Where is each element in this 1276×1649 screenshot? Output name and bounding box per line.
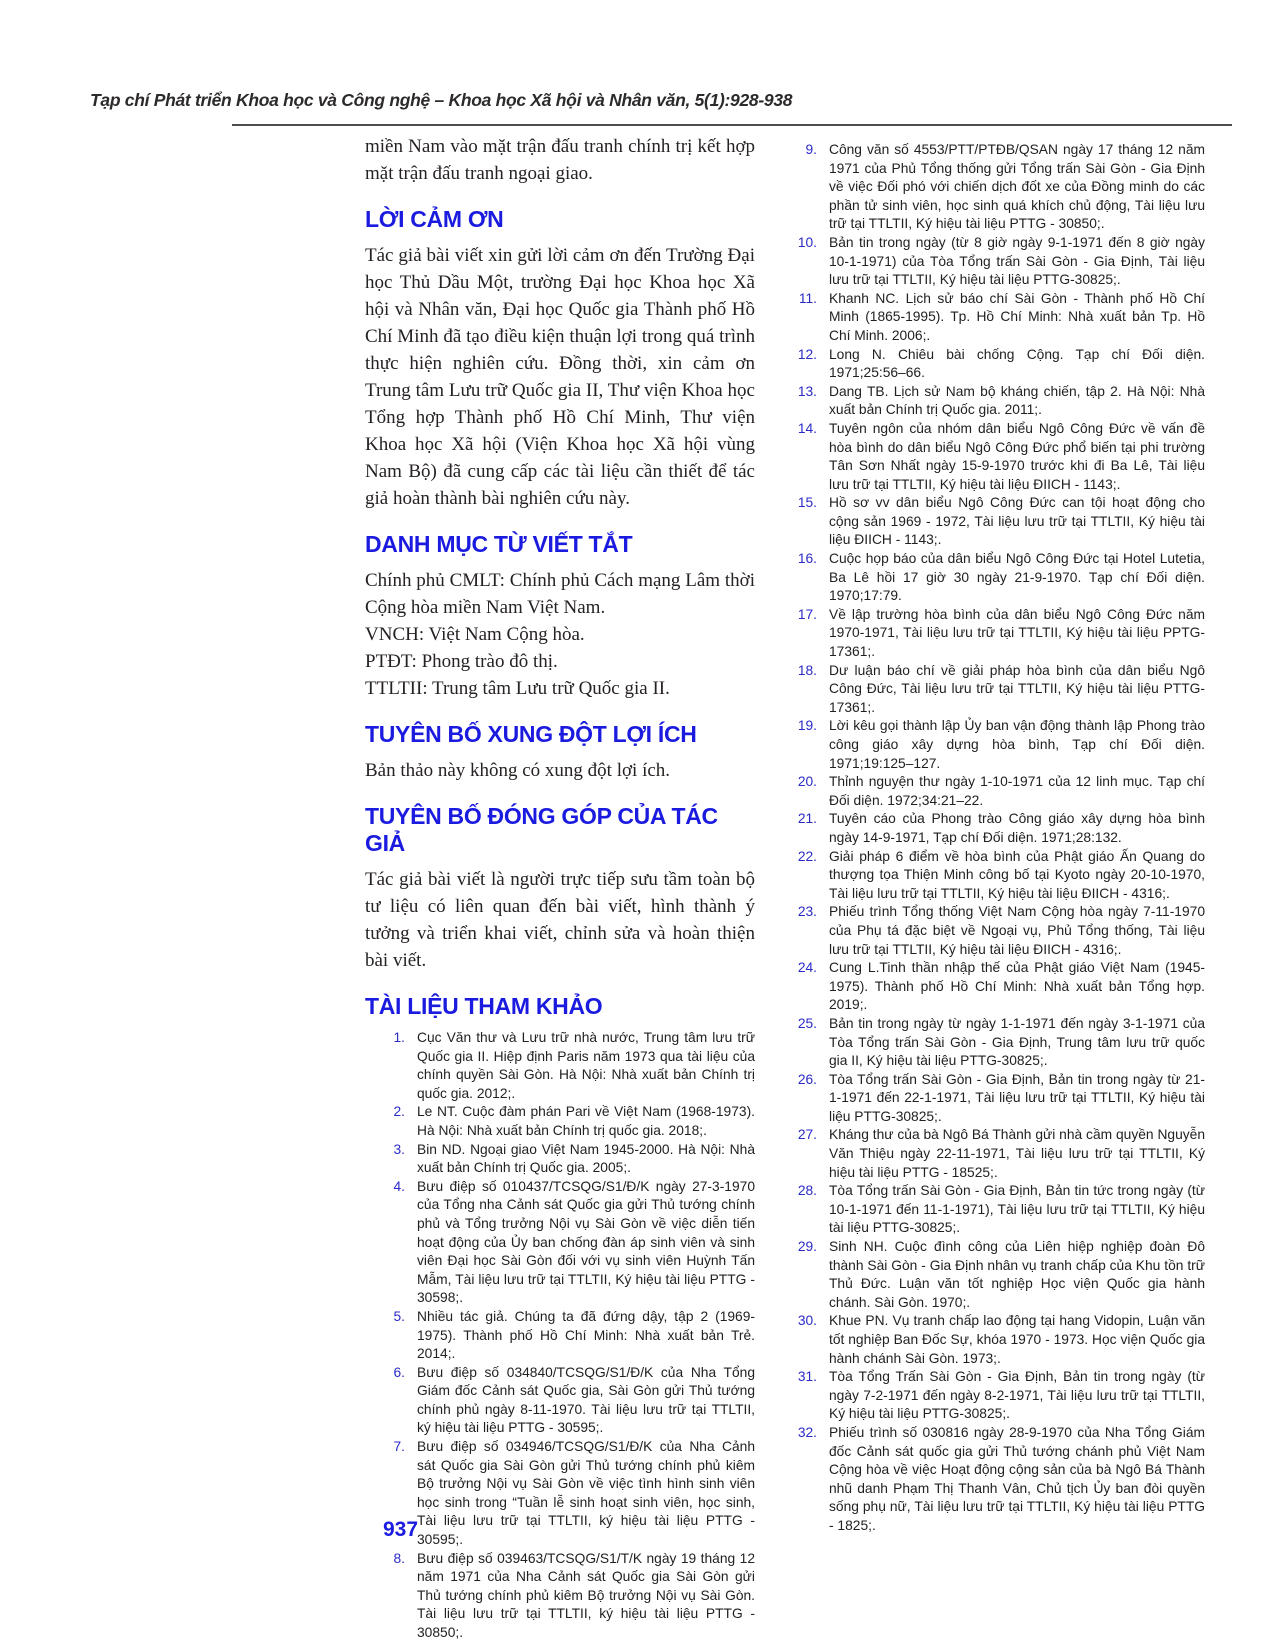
reference-item: 8.Bưu điệp số 039463/TCSQG/S1/T/K ngày 1… (365, 1550, 755, 1643)
reference-item: 10.Bản tin trong ngày (từ 8 giờ ngày 9-1… (777, 234, 1205, 290)
section-title-abbreviations: DANH MỤC TỪ VIẾT TẮT (365, 531, 755, 558)
reference-text: Nhiều tác giả. Chúng ta đã đứng dậy, tập… (405, 1308, 755, 1364)
reference-text: Tòa Tổng trấn Sài Gòn - Gia Định, Bản ti… (817, 1182, 1205, 1238)
reference-item: 24.Cung L.Tinh thần nhập thế của Phật gi… (777, 959, 1205, 1015)
reference-item: 17.Về lập trường hòa bình của dân biểu N… (777, 606, 1205, 662)
left-column: miền Nam vào mặt trận đấu tranh chính tr… (365, 133, 755, 1643)
reference-item: 20.Thỉnh nguyện thư ngày 1-10-1971 của 1… (777, 773, 1205, 810)
reference-item: 29.Sinh NH. Cuộc đình công của Liên hiệp… (777, 1238, 1205, 1312)
reference-text: Về lập trường hòa bình của dân biểu Ngô … (817, 606, 1205, 662)
reference-item: 21.Tuyên cáo của Phong trào Công giáo xâ… (777, 810, 1205, 847)
reference-text: Cung L.Tinh thần nhập thế của Phật giáo … (817, 959, 1205, 1015)
reference-number: 26. (777, 1071, 817, 1127)
reference-list-right: 9.Công văn số 4553/PTT/PTĐB/QSAN ngày 17… (777, 141, 1205, 1536)
reference-text: Tòa Tổng Trấn Sài Gòn - Gia Định, Bản ti… (817, 1368, 1205, 1424)
reference-text: Dư luận báo chí về giải pháp hòa bình củ… (817, 662, 1205, 718)
intro-paragraph: miền Nam vào mặt trận đấu tranh chính tr… (365, 133, 755, 187)
reference-text: Bưu điệp số 034840/TCSQG/S1/Đ/K của Nha … (405, 1364, 755, 1438)
reference-item: 11.Khanh NC. Lịch sử báo chí Sài Gòn - T… (777, 290, 1205, 346)
reference-number: 11. (777, 290, 817, 346)
reference-text: Hồ sơ vv dân biểu Ngô Công Đức can tội h… (817, 494, 1205, 550)
reference-text: Bưu điệp số 039463/TCSQG/S1/T/K ngày 19 … (405, 1550, 755, 1643)
reference-item: 31.Tòa Tổng Trấn Sài Gòn - Gia Định, Bản… (777, 1368, 1205, 1424)
reference-number: 10. (777, 234, 817, 290)
reference-list-left: 1.Cục Văn thư và Lưu trữ nhà nước, Trung… (365, 1029, 755, 1643)
reference-text: Dang TB. Lịch sử Nam bộ kháng chiến, tập… (817, 383, 1205, 420)
reference-number: 3. (365, 1141, 405, 1178)
reference-text: Tòa Tổng trấn Sài Gòn - Gia Định, Bản ti… (817, 1071, 1205, 1127)
reference-item: 2.Le NT. Cuộc đàm phán Pari về Việt Nam … (365, 1103, 755, 1140)
section-title-references: TÀI LIỆU THAM KHẢO (365, 993, 755, 1020)
reference-number: 13. (777, 383, 817, 420)
reference-number: 20. (777, 773, 817, 810)
reference-number: 15. (777, 494, 817, 550)
reference-number: 21. (777, 810, 817, 847)
reference-item: 7.Bưu điệp số 034946/TCSQG/S1/Đ/K của Nh… (365, 1438, 755, 1550)
author-contribution-paragraph: Tác giả bài viết là người trực tiếp sưu … (365, 866, 755, 974)
reference-number: 18. (777, 662, 817, 718)
reference-text: Kháng thư của bà Ngô Bá Thành gửi nhà cầ… (817, 1126, 1205, 1182)
reference-number: 12. (777, 346, 817, 383)
section-title-acknowledgments: LỜI CẢM ƠN (365, 206, 755, 233)
reference-text: Phiếu trình số 030816 ngày 28-9-1970 của… (817, 1424, 1205, 1536)
abbreviation-line: VNCH: Việt Nam Cộng hòa. (365, 621, 755, 648)
header-rule (232, 124, 1232, 126)
reference-text: Giải pháp 6 điểm về hòa bình của Phật gi… (817, 848, 1205, 904)
reference-number: 4. (365, 1178, 405, 1308)
reference-item: 19.Lời kêu gọi thành lập Ủy ban vận động… (777, 717, 1205, 773)
reference-number: 19. (777, 717, 817, 773)
reference-item: 18.Dư luận báo chí về giải pháp hòa bình… (777, 662, 1205, 718)
reference-item: 3.Bin ND. Ngoại giao Việt Nam 1945-2000.… (365, 1141, 755, 1178)
reference-item: 22.Giải pháp 6 điểm về hòa bình của Phật… (777, 848, 1205, 904)
reference-text: Bưu điệp số 034946/TCSQG/S1/Đ/K của Nha … (405, 1438, 755, 1550)
reference-item: 25.Bản tin trong ngày từ ngày 1-1-1971 đ… (777, 1015, 1205, 1071)
reference-item: 26.Tòa Tổng trấn Sài Gòn - Gia Định, Bản… (777, 1071, 1205, 1127)
reference-item: 1.Cục Văn thư và Lưu trữ nhà nước, Trung… (365, 1029, 755, 1103)
reference-item: 30.Khue PN. Vụ tranh chấp lao động tại h… (777, 1312, 1205, 1368)
reference-item: 14.Tuyên ngôn của nhóm dân biểu Ngô Công… (777, 420, 1205, 494)
reference-item: 9.Công văn số 4553/PTT/PTĐB/QSAN ngày 17… (777, 141, 1205, 234)
reference-number: 32. (777, 1424, 817, 1536)
reference-item: 23.Phiếu trình Tổng thống Việt Nam Cộng … (777, 903, 1205, 959)
reference-number: 1. (365, 1029, 405, 1103)
reference-item: 32.Phiếu trình số 030816 ngày 28-9-1970 … (777, 1424, 1205, 1536)
reference-item: 15.Hồ sơ vv dân biểu Ngô Công Đức can tộ… (777, 494, 1205, 550)
reference-text: Lời kêu gọi thành lập Ủy ban vận động th… (817, 717, 1205, 773)
reference-text: Công văn số 4553/PTT/PTĐB/QSAN ngày 17 t… (817, 141, 1205, 234)
reference-item: 12.Long N. Chiêu bài chống Cộng. Tạp chí… (777, 346, 1205, 383)
reference-text: Cuộc họp báo của dân biểu Ngô Công Đức t… (817, 550, 1205, 606)
reference-item: 27.Kháng thư của bà Ngô Bá Thành gửi nhà… (777, 1126, 1205, 1182)
reference-text: Long N. Chiêu bài chống Cộng. Tạp chí Đố… (817, 346, 1205, 383)
reference-number: 28. (777, 1182, 817, 1238)
reference-item: 6.Bưu điệp số 034840/TCSQG/S1/Đ/K của Nh… (365, 1364, 755, 1438)
reference-number: 6. (365, 1364, 405, 1438)
reference-number: 2. (365, 1103, 405, 1140)
reference-number: 8. (365, 1550, 405, 1643)
reference-text: Tuyên cáo của Phong trào Công giáo xây d… (817, 810, 1205, 847)
reference-text: Thỉnh nguyện thư ngày 1-10-1971 của 12 l… (817, 773, 1205, 810)
reference-item: 4.Bưu điệp số 010437/TCSQG/S1/Đ/K ngày 2… (365, 1178, 755, 1308)
reference-number: 27. (777, 1126, 817, 1182)
reference-text: Bản tin trong ngày từ ngày 1-1-1971 đến … (817, 1015, 1205, 1071)
reference-number: 17. (777, 606, 817, 662)
reference-item: 5.Nhiều tác giả. Chúng ta đã đứng dậy, t… (365, 1308, 755, 1364)
reference-number: 24. (777, 959, 817, 1015)
reference-text: Phiếu trình Tổng thống Việt Nam Cộng hòa… (817, 903, 1205, 959)
reference-number: 22. (777, 848, 817, 904)
reference-item: 28.Tòa Tổng trấn Sài Gòn - Gia Định, Bản… (777, 1182, 1205, 1238)
paper-page: Tạp chí Phát triển Khoa học và Công nghệ… (0, 0, 1276, 1649)
reference-number: 31. (777, 1368, 817, 1424)
reference-text: Khue PN. Vụ tranh chấp lao động tại hang… (817, 1312, 1205, 1368)
reference-text: Tuyên ngôn của nhóm dân biểu Ngô Công Đứ… (817, 420, 1205, 494)
abbreviation-line: PTĐT: Phong trào đô thị. (365, 648, 755, 675)
reference-number: 9. (777, 141, 817, 234)
acknowledgments-paragraph: Tác giả bài viết xin gửi lời cảm ơn đến … (365, 242, 755, 512)
reference-number: 23. (777, 903, 817, 959)
abbreviation-line: Chính phủ CMLT: Chính phủ Cách mạng Lâm … (365, 567, 755, 621)
reference-text: Bin ND. Ngoại giao Việt Nam 1945-2000. H… (405, 1141, 755, 1178)
reference-text: Le NT. Cuộc đàm phán Pari về Việt Nam (1… (405, 1103, 755, 1140)
reference-text: Sinh NH. Cuộc đình công của Liên hiệp ng… (817, 1238, 1205, 1312)
reference-text: Cục Văn thư và Lưu trữ nhà nước, Trung t… (405, 1029, 755, 1103)
reference-number: 14. (777, 420, 817, 494)
reference-text: Bản tin trong ngày (từ 8 giờ ngày 9-1-19… (817, 234, 1205, 290)
reference-number: 16. (777, 550, 817, 606)
section-title-conflict-of-interest: TUYÊN BỐ XUNG ĐỘT LỢI ÍCH (365, 721, 755, 748)
journal-header-line: Tạp chí Phát triển Khoa học và Công nghệ… (90, 90, 850, 111)
reference-text: Khanh NC. Lịch sử báo chí Sài Gòn - Thàn… (817, 290, 1205, 346)
reference-item: 16.Cuộc họp báo của dân biểu Ngô Công Đứ… (777, 550, 1205, 606)
reference-number: 25. (777, 1015, 817, 1071)
abbreviation-list: Chính phủ CMLT: Chính phủ Cách mạng Lâm … (365, 567, 755, 702)
reference-number: 29. (777, 1238, 817, 1312)
right-column: 9.Công văn số 4553/PTT/PTĐB/QSAN ngày 17… (777, 137, 1205, 1536)
conflict-of-interest-paragraph: Bản thảo này không có xung đột lợi ích. (365, 757, 755, 784)
reference-number: 5. (365, 1308, 405, 1364)
section-title-author-contribution: TUYÊN BỐ ĐÓNG GÓP CỦA TÁC GIẢ (365, 803, 755, 857)
page-number: 937 (383, 1518, 418, 1542)
reference-text: Bưu điệp số 010437/TCSQG/S1/Đ/K ngày 27-… (405, 1178, 755, 1308)
reference-number: 30. (777, 1312, 817, 1368)
abbreviation-line: TTLTII: Trung tâm Lưu trữ Quốc gia II. (365, 675, 755, 702)
reference-item: 13.Dang TB. Lịch sử Nam bộ kháng chiến, … (777, 383, 1205, 420)
